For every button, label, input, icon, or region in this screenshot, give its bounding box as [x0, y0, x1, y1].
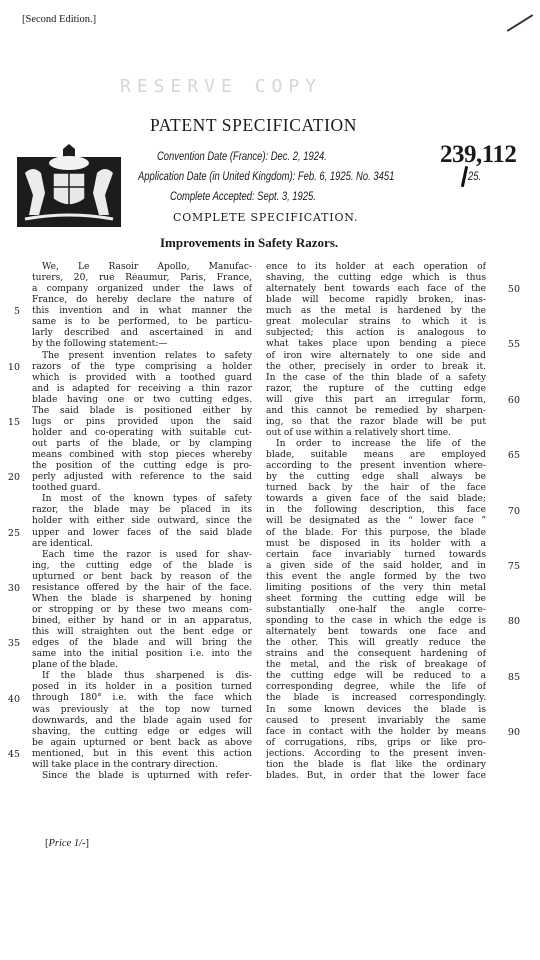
line-number: 45: [0, 749, 20, 760]
text-line: limiting positions of the very thin meta…: [266, 583, 486, 594]
text-line: towards a given face of the said blade;: [266, 494, 486, 505]
price-text: Price 1/-: [49, 838, 86, 849]
text-line: edges of the blade and will bring the: [32, 638, 252, 649]
text-line: will give this part an irregular form,: [266, 395, 486, 406]
line-number: 70: [500, 506, 520, 517]
text-line: downwards, and the blade again used for: [32, 716, 252, 727]
document-title: PATENT SPECIFICATION: [150, 115, 357, 136]
royal-coat-of-arms-icon: [15, 143, 123, 229]
text-line: blade having one or two cutting edges.: [32, 395, 252, 406]
text-line: will be designated as the “ lower face ”: [266, 516, 486, 527]
text-line: sheet forming the cutting edge will be: [266, 594, 486, 605]
text-line: The present invention relates to safety: [32, 351, 252, 362]
text-line: means combined with stop pieces whereby: [32, 450, 252, 461]
text-line: the blade is increased correspondingly.: [266, 693, 486, 704]
text-line: will take place in the contrary directio…: [32, 760, 252, 771]
text-line: be again upturned or bent back as above: [32, 738, 252, 749]
number-slash: [461, 166, 468, 187]
text-line: holder with either side outward, since t…: [32, 516, 252, 527]
text-line: great molecular strains to which it is: [266, 317, 486, 328]
text-line: We, Le Rasoir Apollo, Manufac-: [32, 262, 252, 273]
text-line: the cutting edge will be reduced to a: [266, 671, 486, 682]
text-line: caused to present invariably the same: [266, 716, 486, 727]
text-line: the position of the cutting edge is pro-: [32, 461, 252, 472]
line-number: 15: [0, 417, 20, 428]
line-number: 60: [500, 395, 520, 406]
text-line: In the case of the thin blade of a safet…: [266, 373, 486, 384]
text-line: a company organized under the laws of: [32, 284, 252, 295]
text-line: what takes place upon bending a piece: [266, 339, 486, 350]
text-line: must be disposed in its holder with a: [266, 539, 486, 550]
text-line: shaving, the cutting edge or edges will: [32, 727, 252, 738]
application-year: 25.: [468, 171, 481, 183]
text-line: alternately bent towards one face and: [266, 627, 486, 638]
text-line: the metal, and the risk of breakage of: [266, 660, 486, 671]
text-line: The said blade is positioned either by: [32, 406, 252, 417]
reserve-copy-stamp: RESERVE COPY: [120, 76, 322, 97]
complete-accepted-date: Complete Accepted: Sept. 3, 1925.: [170, 191, 316, 203]
text-line: this invention and in what manner the: [32, 306, 252, 317]
price-label: [Price 1/-]: [45, 838, 89, 849]
text-line: sponding to the case in which the edge i…: [266, 616, 486, 627]
text-line: by the following statement:—: [32, 339, 252, 350]
line-number: 30: [0, 583, 20, 594]
text-line: When the blade is sharpened by honing: [32, 594, 252, 605]
text-line: out of use within a relatively short tim…: [266, 428, 486, 439]
text-line: and this cannot be remedied by sharpen-: [266, 406, 486, 417]
line-number: 55: [500, 339, 520, 350]
text-line: ence to its holder at each operation of: [266, 262, 486, 273]
text-line: Since the blade is upturned with refer-: [32, 771, 252, 782]
text-line: same is to be performed, to be particu-: [32, 317, 252, 328]
left-text-column: We, Le Rasoir Apollo, Manufac-turers, 20…: [32, 262, 252, 782]
text-line: the other. This will greatly reduce the: [266, 638, 486, 649]
line-number: 25: [0, 528, 20, 539]
text-line: In order to increase the life of the: [266, 439, 486, 450]
text-line: upturned or bent back by reason of the: [32, 572, 252, 583]
text-line: of iron wire alternately to one side and: [266, 351, 486, 362]
line-number: 85: [500, 672, 520, 683]
text-line: was previously at the top now turned: [32, 705, 252, 716]
text-line: plane of the blade.: [32, 660, 252, 671]
text-line: lugs or pins provided upon the said: [32, 417, 252, 428]
text-line: If the blade thus sharpened is dis-: [32, 671, 252, 682]
text-line: the other, precisely in order to break i…: [266, 362, 486, 373]
text-line: ing, so that the razor blade will be put: [266, 417, 486, 428]
text-line: much as the metal is hardened by the: [266, 306, 486, 317]
text-line: turers, 20, rue Réaumur, Paris, France,: [32, 273, 252, 284]
text-line: jections. According to the present inven…: [266, 749, 486, 760]
text-line: strains and the consequent hardening of: [266, 649, 486, 660]
convention-date: Convention Date (France): Dec. 2, 1924.: [157, 151, 327, 163]
right-text-column: ence to its holder at each operation ofs…: [266, 262, 486, 782]
text-line: out parts of the blade, or by clamping: [32, 439, 252, 450]
line-number: 40: [0, 694, 20, 705]
text-line: of corrugations, ribs, grips or like pro…: [266, 738, 486, 749]
text-line: larly described and ascertained in and: [32, 328, 252, 339]
text-line: razors of the type comprising a holder: [32, 362, 252, 373]
text-line: a given side of the said holder, and in: [266, 561, 486, 572]
line-number: 5: [0, 306, 20, 317]
text-line: mentioned, but in this event this action: [32, 749, 252, 760]
patent-number: 239,112: [440, 141, 516, 169]
line-number: 50: [500, 284, 520, 295]
text-line: toothed guard.: [32, 483, 252, 494]
line-number: 10: [0, 362, 20, 373]
line-number: 65: [500, 450, 520, 461]
text-line: razor, the blade may be placed in its: [32, 505, 252, 516]
line-number: 20: [0, 472, 20, 483]
text-line: upper and lower faces of the said blade: [32, 528, 252, 539]
text-line: Each time the razor is used for shav-: [32, 550, 252, 561]
text-line: holder and co-operating with suitable cu…: [32, 428, 252, 439]
text-line: of the blade. For this purpose, the blad…: [266, 528, 486, 539]
line-number: 35: [0, 638, 20, 649]
text-line: by the cutting edge shall always be: [266, 472, 486, 483]
text-line: bined, either by hand or in an apparatus…: [32, 616, 252, 627]
text-line: or stropping or by these two means com-: [32, 605, 252, 616]
text-line: In most of the known types of safety: [32, 494, 252, 505]
text-line: through 180° i.e. with the face which: [32, 693, 252, 704]
subject-heading: Improvements in Safety Razors.: [160, 235, 338, 251]
text-line: tion the blade is flat like the ordinary: [266, 760, 486, 771]
text-line: subjected; this action is analogous to: [266, 328, 486, 339]
text-line: and is adapted for receiving a thin razo…: [32, 384, 252, 395]
text-line: certain face invariably turned towards: [266, 550, 486, 561]
text-line: this event the angle formed by the two: [266, 572, 486, 583]
text-line: perly adjusted with reference to the sai…: [32, 472, 252, 483]
text-line: corresponding degree, while the life of: [266, 682, 486, 693]
section-heading: COMPLETE SPECIFICATION.: [173, 211, 358, 224]
text-line: resistance offered by the hair of the fa…: [32, 583, 252, 594]
text-line: according to the present invention where…: [266, 461, 486, 472]
application-date: Application Date (in United Kingdom): Fe…: [138, 171, 394, 183]
line-number: 75: [500, 561, 520, 572]
corner-pencil-mark: [507, 14, 534, 32]
text-line: are identical.: [32, 539, 252, 550]
text-line: face in contact with the holder by means: [266, 727, 486, 738]
text-line: In some known devices the blade is: [266, 705, 486, 716]
text-line: blade will become rapidly broken, inas-: [266, 295, 486, 306]
text-line: blades. But, in order that the lower fac…: [266, 771, 486, 782]
text-line: alternately bent towards each face of th…: [266, 284, 486, 295]
text-line: substantially one-half the angle corre-: [266, 605, 486, 616]
text-line: razor, the rupture of the cutting edge: [266, 384, 486, 395]
text-line: shaving, the cutting edge which is thus: [266, 273, 486, 284]
text-line: blade, suitable means are employed: [266, 450, 486, 461]
line-number: 90: [500, 727, 520, 738]
text-line: turned back by the hair of the face: [266, 483, 486, 494]
text-line: same into the initial position i.e. into…: [32, 649, 252, 660]
line-number: 80: [500, 616, 520, 627]
text-line: posed in its holder in a position turned: [32, 682, 252, 693]
text-line: ing, the cutting edge of the blade is: [32, 561, 252, 572]
edition-label: [Second Edition.]: [22, 14, 96, 25]
text-line: this will straighten out the bent edge o…: [32, 627, 252, 638]
text-line: which is provided with a toothed guard: [32, 373, 252, 384]
text-line: in the following description, this face: [266, 505, 486, 516]
text-line: France, do hereby declare the nature of: [32, 295, 252, 306]
